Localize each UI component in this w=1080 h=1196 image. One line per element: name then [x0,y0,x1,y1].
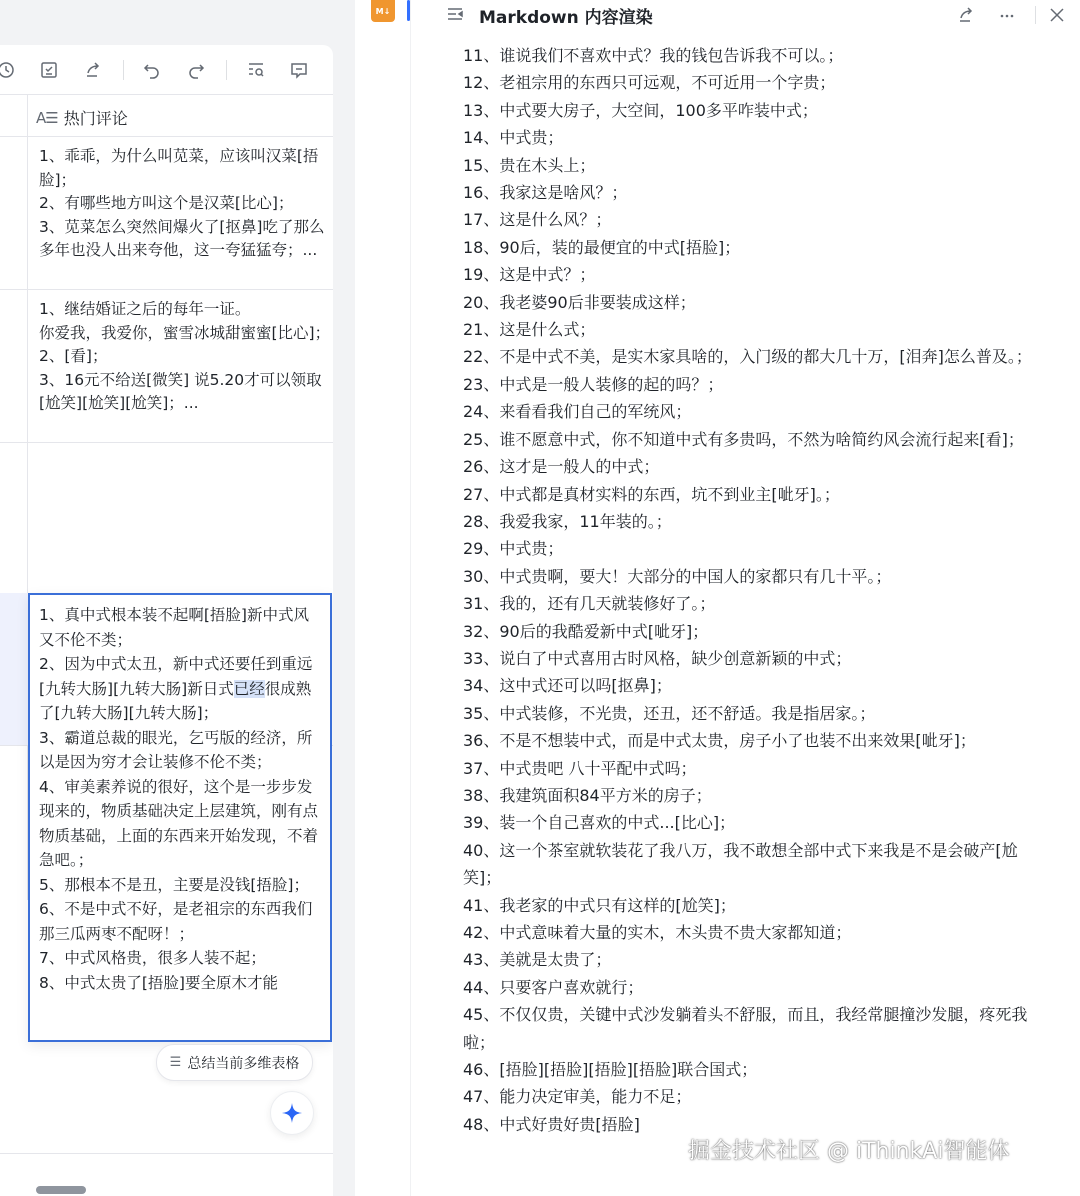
row-gutter [0,746,28,900]
text-field-icon: A☰ [36,109,58,127]
ai-assistant-button[interactable] [270,1091,314,1135]
table-row[interactable]: 1、继结婚证之后的每年一证。 你爱我，我爱你，蜜雪冰城甜蜜蜜[比心]； 2、[看… [0,290,333,443]
markdown-line: 48、中式好贵好贵[捂脸] [463,1111,1043,1138]
list-icon: ☰ [170,1055,182,1070]
markdown-panel: M↓ Markdown 内容渲染 11、谁说我们不喜欢中式？我的钱包告诉我不可以… [355,0,1080,1196]
header-divider [1035,6,1036,24]
row-gutter [0,137,28,289]
comment-icon[interactable] [287,58,311,82]
markdown-line: 21、这是什么式； [463,316,1043,343]
task-checkbox-icon[interactable] [37,58,61,82]
bitable-area: A☰ 热门评论 1、乖乖，为什么叫苋菜，应该叫汉菜[捂脸]； 2、有哪些地方叫这… [0,0,355,1196]
markdown-line: 38、我建筑面积84平方米的房子； [463,782,1043,809]
markdown-line: 28、我爱我家，11年装的。； [463,508,1043,535]
column-title-label: 热门评论 [64,106,128,129]
cell-editor[interactable]: 1、真中式根本装不起啊[捂脸]新中式风又不伦不类； 2、因为中式太丑，新中式还要… [28,593,332,1042]
markdown-line: 36、不是不想装中式，而是中式太贵，房子小了也装不出来效果[呲牙]； [463,727,1043,754]
row-gutter [0,95,28,137]
markdown-line: 14、中式贵； [463,124,1043,151]
markdown-line: 31、我的，还有几天就装修好了。； [463,590,1043,617]
toolbar-divider [123,60,124,80]
markdown-line: 30、中式贵啊，要大！大部分的中国人的家都只有几十平。； [463,563,1043,590]
markdown-line: 11、谁说我们不喜欢中式？我的钱包告诉我不可以。； [463,42,1043,69]
redo-icon[interactable] [184,58,208,82]
markdown-line: 24、来看看我们自己的军统风； [463,398,1043,425]
close-icon[interactable] [1045,3,1069,27]
markdown-line: 13、中式要大房子，大空间，100多平咋装中式； [463,97,1043,124]
text-selection: 已经 [234,680,265,698]
markdown-line: 19、这是中式？； [463,261,1043,288]
outline-icon[interactable] [445,4,465,24]
find-replace-icon[interactable] [244,58,268,82]
column-header[interactable]: A☰ 热门评论 [0,95,333,137]
column-title: A☰ 热门评论 [36,106,128,129]
table-sheet: A☰ 热门评论 1、乖乖，为什么叫苋菜，应该叫汉菜[捂脸]； 2、有哪些地方叫这… [0,45,333,1196]
table-cell[interactable]: 1、继结婚证之后的每年一证。 你爱我，我爱你，蜜雪冰城甜蜜蜜[比心]； 2、[看… [39,298,331,416]
markdown-line: 46、[捂脸][捂脸][捂脸][捂脸]联合国式； [463,1056,1043,1083]
table-toolbar [0,45,333,95]
history-icon[interactable] [0,58,18,82]
markdown-line: 16、我家这是啥风？； [463,179,1043,206]
markdown-line: 40、这一个茶室就软装花了我八万，我不敢想全部中式下来我是不是会破产[尬笑]； [463,837,1043,892]
sparkle-icon [281,1102,303,1124]
selected-row-band [0,593,28,745]
table-cell[interactable]: 1、乖乖，为什么叫苋菜，应该叫汉菜[捂脸]； 2、有哪些地方叫这个是汉菜[比心]… [39,145,331,263]
table-row[interactable]: 1、乖乖，为什么叫苋菜，应该叫汉菜[捂脸]； 2、有哪些地方叫这个是汉菜[比心]… [0,137,333,290]
summarize-table-button[interactable]: ☰ 总结当前多维表格 [156,1044,313,1081]
active-indicator [407,0,410,21]
panel-title: Markdown 内容渲染 [479,3,653,28]
row-gutter [0,290,28,442]
markdown-file-icon[interactable]: M↓ [371,0,395,22]
editor-text-segment: 很成熟了[九转大肠][九转大肠]； 3、霸道总裁的眼光，乞丐版的经济，所以是因为… [39,680,318,992]
markdown-line: 23、中式是一般人装修的起的吗？； [463,371,1043,398]
markdown-line: 41、我老家的中式只有这样的[尬笑]； [463,892,1043,919]
horizontal-scrollbar[interactable] [36,1186,86,1194]
markdown-line: 15、贵在木头上； [463,152,1043,179]
table-footer-divider [0,1153,333,1154]
markdown-line: 27、中式都是真材实料的东西，坑不到业主[呲牙]。； [463,481,1043,508]
summarize-table-label: 总结当前多维表格 [187,1053,299,1073]
markdown-line: 29、中式贵； [463,535,1043,562]
cell-editor-text[interactable]: 1、真中式根本装不起啊[捂脸]新中式风又不伦不类； 2、因为中式太丑，新中式还要… [39,603,324,995]
markdown-line: 35、中式装修，不光贵，还丑，还不舒适。我是指居家。； [463,700,1043,727]
markdown-line: 45、不仅仅贵，关键中式沙发躺着头不舒服，而且，我经常腿撞沙发腿，疼死我啦； [463,1001,1043,1056]
toolbar-divider [226,60,227,80]
undo-icon[interactable] [140,58,164,82]
markdown-line: 47、能力决定审美，能力不足； [463,1083,1043,1110]
markdown-line: 18、90后，装的最便宜的中式[捂脸]； [463,234,1043,261]
markdown-content: 11、谁说我们不喜欢中式？我的钱包告诉我不可以。；12、老祖宗用的东西只可远观，… [463,42,1043,1138]
row-gutter [0,443,28,593]
markdown-line: 43、美就是太贵了； [463,946,1043,973]
markdown-line: 32、90后的我酷爱新中式[呲牙]； [463,618,1043,645]
markdown-line: 34、这中式还可以吗[抠鼻]； [463,672,1043,699]
markdown-line: 22、不是中式不美，是实木家具啥的，入门级的都大几十万，[泪奔]怎么普及。； [463,343,1043,370]
markdown-line: 37、中式贵吧 八十平配中式吗； [463,755,1043,782]
markdown-line: 25、谁不愿意中式，你不知道中式有多贵吗，不然为啥简约风会流行起来[看]； [463,426,1043,453]
markdown-line: 26、这才是一般人的中式； [463,453,1043,480]
markdown-line: 17、这是什么风？； [463,206,1043,233]
app-strip: M↓ [355,0,411,1196]
share-icon[interactable] [955,3,979,27]
markdown-line: 39、装一个自己喜欢的中式...[比心]； [463,809,1043,836]
more-icon[interactable] [995,3,1019,27]
markdown-line: 44、只要客户喜欢就行； [463,974,1043,1001]
markdown-line: 42、中式意味着大量的实木，木头贵不贵大家都知道； [463,919,1043,946]
share-icon[interactable] [82,58,106,82]
markdown-line: 33、说白了中式喜用古时风格，缺少创意新颖的中式； [463,645,1043,672]
markdown-line: 20、我老婆90后非要装成这样； [463,289,1043,316]
markdown-line: 12、老祖宗用的东西只可远观，不可近用一个字贵； [463,69,1043,96]
table-row[interactable] [0,443,333,593]
panel-header: Markdown 内容渲染 [411,0,1080,30]
